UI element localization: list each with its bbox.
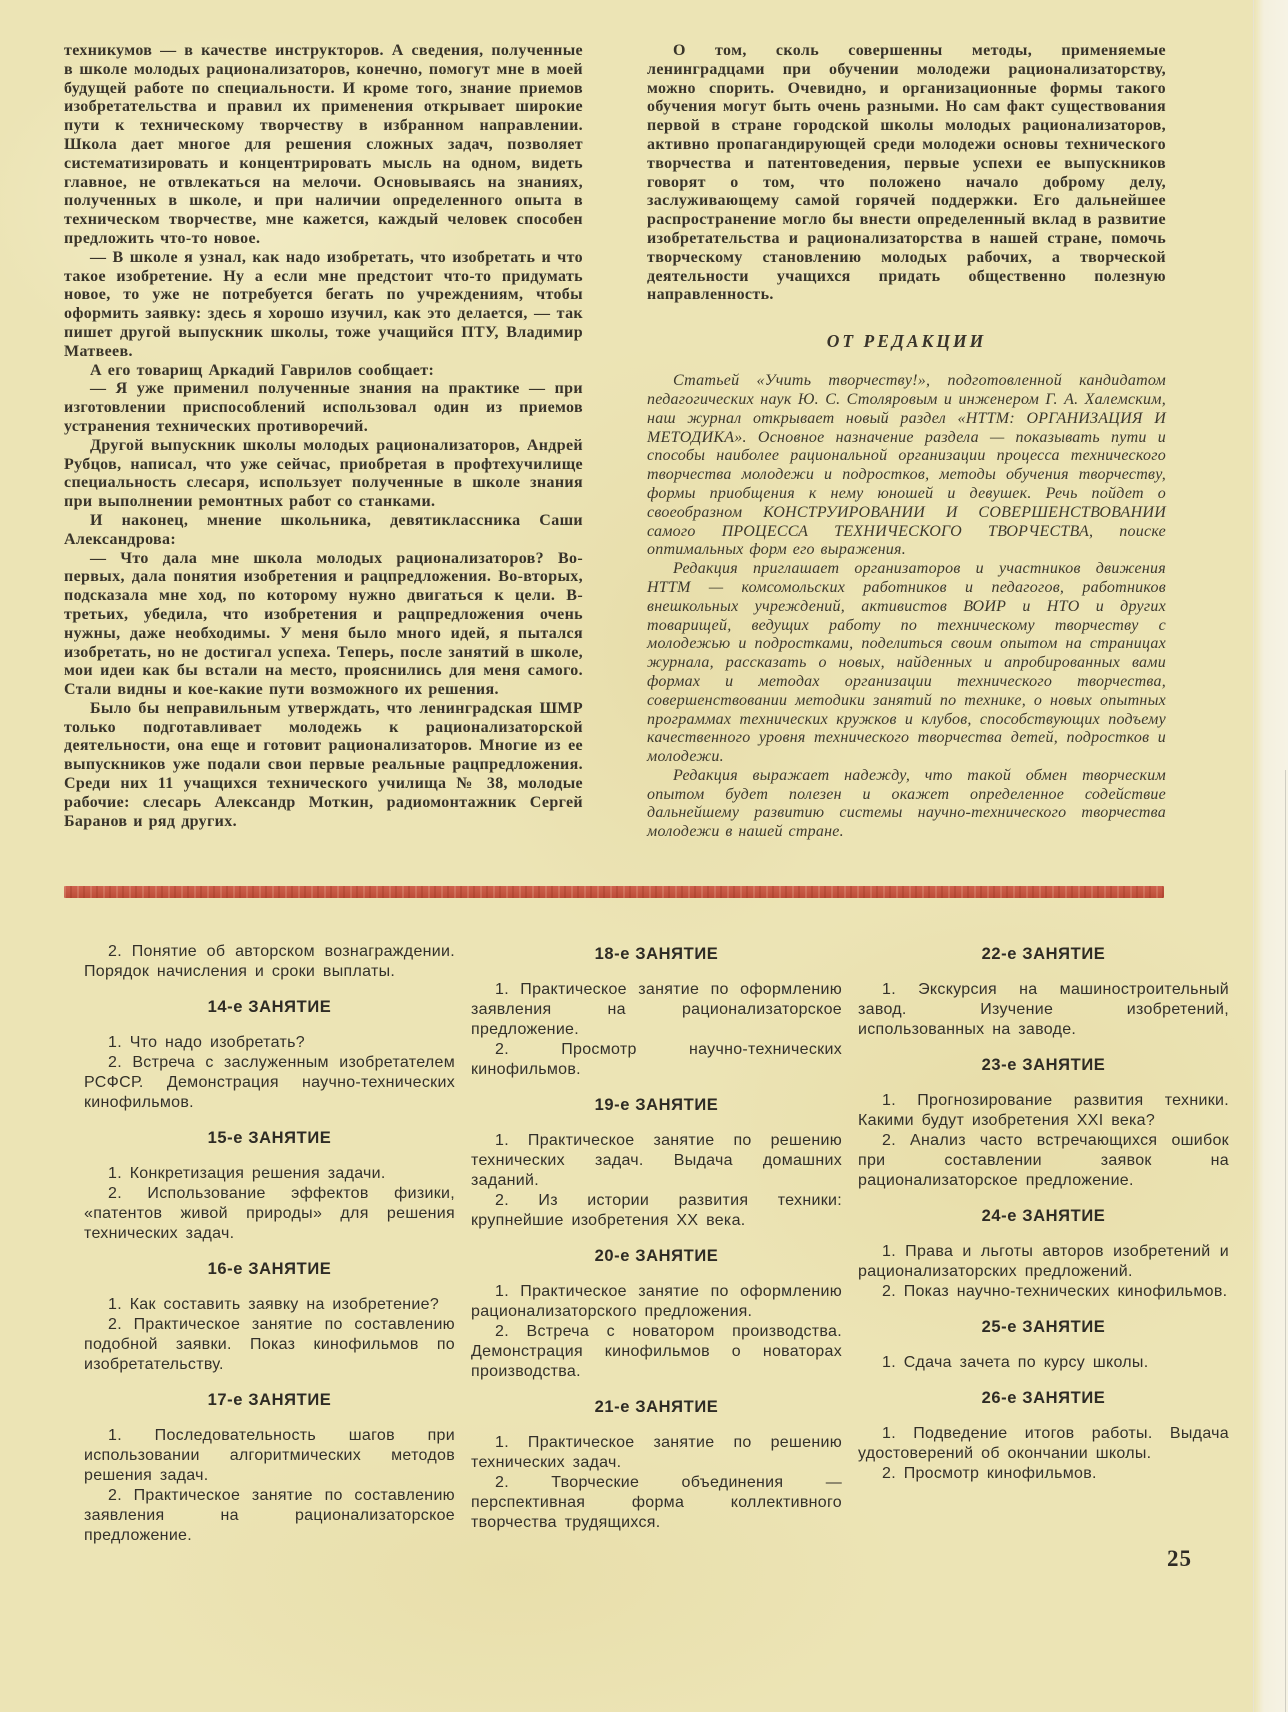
article-right-column: О том, сколь совершенны методы, применяе… xyxy=(647,42,1166,842)
lesson-heading: 20-е ЗАНЯТИЕ xyxy=(471,1246,842,1266)
page-number: 25 xyxy=(1167,1546,1192,1572)
lesson-item: 2. Показ научно-технических кинофильмов. xyxy=(858,1282,1229,1302)
editorial-paragraph: Статьей «Учить творчеству!», подготовлен… xyxy=(647,372,1166,560)
lesson-item: 1. Как составить заявку на изобретение? xyxy=(84,1295,455,1315)
article-paragraph: А его товарищ Аркадий Гаврилов сообщает: xyxy=(64,362,583,381)
editorial-heading: ОТ РЕДАКЦИИ xyxy=(647,331,1166,352)
lesson-item: 2. Понятие об авторском вознаграждении. … xyxy=(84,942,455,982)
article-top-section: техникумов — в качестве инструкторов. А … xyxy=(64,42,1166,842)
lesson-heading: 21-е ЗАНЯТИЕ xyxy=(471,1397,842,1417)
lesson-heading: 14-е ЗАНЯТИЕ xyxy=(84,997,455,1017)
lesson-item: 2. Практическое занятие по составлению п… xyxy=(84,1315,455,1375)
article-paragraph: — Что дала мне школа молодых рационализа… xyxy=(64,550,583,700)
lesson-item: 1. Практическое занятие по решению техни… xyxy=(471,1131,842,1191)
article-left-column: техникумов — в качестве инструкторов. А … xyxy=(64,42,583,842)
article-paragraph: — Я уже применил полученные знания на пр… xyxy=(64,380,583,436)
lesson-item: 2. Анализ часто встречающихся ошибок при… xyxy=(858,1131,1229,1191)
lesson-heading: 15-е ЗАНЯТИЕ xyxy=(84,1128,455,1148)
article-paragraph: Было бы неправильным утверждать, что лен… xyxy=(64,700,583,832)
lesson-heading: 18-е ЗАНЯТИЕ xyxy=(471,944,842,964)
lesson-item: 1. Что надо изобретать? xyxy=(84,1033,455,1053)
lesson-item: 2. Творческие объединения — перспективна… xyxy=(471,1473,842,1533)
article-intro: О том, сколь совершенны методы, применяе… xyxy=(647,42,1166,305)
paper-scan-edge xyxy=(1253,0,1288,1712)
lesson-item: 2. Использование эффектов физики, «патен… xyxy=(84,1184,455,1244)
lesson-heading: 26-е ЗАНЯТИЕ xyxy=(858,1388,1229,1408)
lesson-heading: 23-е ЗАНЯТИЕ xyxy=(858,1055,1229,1075)
lesson-item: 2. Просмотр научно-технических кинофильм… xyxy=(471,1040,842,1080)
lesson-item: 1. Практическое занятие по решению техни… xyxy=(471,1433,842,1473)
syllabus-column-3: 22-е ЗАНЯТИЕ1. Экскурсия на машиностроит… xyxy=(858,942,1229,1546)
article-paragraph: Другой выпускник школы молодых рационали… xyxy=(64,437,583,512)
article-paragraph: техникумов — в качестве инструкторов. А … xyxy=(64,42,583,249)
lesson-item: 2. Практическое занятие по составлению з… xyxy=(84,1486,455,1546)
lesson-item: 1. Последовательность шагов при использо… xyxy=(84,1426,455,1486)
lesson-item: 1. Права и льготы авторов изобретений и … xyxy=(858,1242,1229,1282)
editorial-paragraph: Редакция приглашает организаторов и учас… xyxy=(647,560,1166,767)
lesson-item: 2. Просмотр кинофильмов. xyxy=(858,1464,1229,1484)
lesson-heading: 16-е ЗАНЯТИЕ xyxy=(84,1259,455,1279)
editorial-text: Статьей «Учить творчеству!», подготовлен… xyxy=(647,372,1166,842)
lesson-item: 2. Из истории развития техники: крупнейш… xyxy=(471,1191,842,1231)
syllabus-column-2: 18-е ЗАНЯТИЕ1. Практическое занятие по о… xyxy=(471,942,842,1546)
syllabus-column-1: 2. Понятие об авторском вознаграждении. … xyxy=(84,942,455,1546)
article-paragraph: О том, сколь совершенны методы, применяе… xyxy=(647,42,1166,305)
lesson-item: 1. Подведение итогов работы. Выдача удос… xyxy=(858,1424,1229,1464)
lesson-item: 1. Практическое занятие по оформлению ра… xyxy=(471,1282,842,1322)
lesson-item: 1. Практическое занятие по оформлению за… xyxy=(471,980,842,1040)
syllabus-section: 2. Понятие об авторском вознаграждении. … xyxy=(84,942,1230,1546)
lesson-heading: 17-е ЗАНЯТИЕ xyxy=(84,1390,455,1410)
lesson-item: 1. Прогнозирование развития техники. Как… xyxy=(858,1091,1229,1131)
lesson-heading: 25-е ЗАНЯТИЕ xyxy=(858,1317,1229,1337)
lesson-item: 1. Экскурсия на машиностроительный завод… xyxy=(858,980,1229,1040)
lesson-item: 1. Конкретизация решения задачи. xyxy=(84,1164,455,1184)
magazine-page: техникумов — в качестве инструкторов. А … xyxy=(0,0,1288,1712)
lesson-item: 2. Встреча с заслуженным изобретателем Р… xyxy=(84,1053,455,1113)
red-divider-rule xyxy=(64,886,1164,898)
lesson-heading: 19-е ЗАНЯТИЕ xyxy=(471,1095,842,1115)
editorial-paragraph: Редакция выражает надежду, что такой обм… xyxy=(647,767,1166,842)
lesson-item: 2. Встреча с новатором производства. Дем… xyxy=(471,1322,842,1382)
lesson-heading: 24-е ЗАНЯТИЕ xyxy=(858,1206,1229,1226)
article-paragraph: — В школе я узнал, как надо изобретать, … xyxy=(64,249,583,362)
lesson-heading: 22-е ЗАНЯТИЕ xyxy=(858,944,1229,964)
article-paragraph: И наконец, мнение школьника, девятикласс… xyxy=(64,512,583,550)
lesson-item: 1. Сдача зачета по курсу школы. xyxy=(858,1353,1229,1373)
